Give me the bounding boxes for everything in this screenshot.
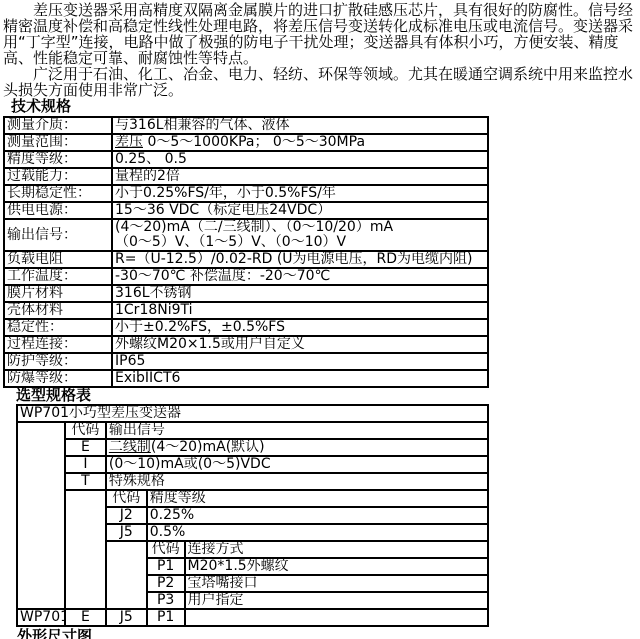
- spec-label-cell: 膜片材料: [4, 285, 112, 302]
- underlined-text: 差压: [115, 134, 143, 150]
- spec-label-cell: 精度等级：: [4, 151, 112, 168]
- spec-label-cell: 防护等级：: [4, 353, 112, 370]
- table-row: 防护等级：IP65: [4, 353, 488, 370]
- spec-value-cell: IP65: [112, 353, 488, 370]
- spec-value-cell: (4～20)mA（二/三线制）、（0～10/20）mA（0～5）V、（1～5）V…: [112, 219, 488, 251]
- spec-label-cell: 测量介质：: [4, 117, 112, 134]
- code-cell: WP701: [17, 609, 65, 626]
- spec-label-cell: 壳体材料: [4, 302, 112, 319]
- table-title-cell: WP701小巧型差压变送器: [17, 405, 488, 422]
- selection-table-body: WP701小巧型差压变送器代码输出信号E二线制(4～20)mA(默认)I(0～1…: [17, 405, 488, 626]
- table-row: 过载能力：量程的2倍: [4, 168, 488, 185]
- spec-label-cell: 供电电源：: [4, 202, 112, 219]
- heading-tech-specs: 技术规格: [11, 99, 640, 114]
- table-row: 防爆等级：ExibIICT6: [4, 370, 488, 387]
- spec-value-cell: 量程的2倍: [112, 168, 488, 185]
- code-cell: 代码: [65, 422, 106, 439]
- table-row: I(0～10)mA或(0～5)VDC: [17, 456, 488, 473]
- empty-cell: [185, 609, 488, 626]
- heading-selection-table: 选型规格表: [16, 388, 640, 403]
- spec-value-cell: -30～70℃ 补偿温度：-20～70℃: [112, 268, 488, 285]
- code-cell: 代码: [147, 541, 185, 558]
- code-cell: E: [65, 439, 106, 456]
- spec-value-cell: R=（U-12.5）/0.02-RD (U为电源电压，RD为电缆内阻): [112, 251, 488, 268]
- spec-label-cell: 过程连接：: [4, 336, 112, 353]
- code-cell: P1: [147, 609, 185, 626]
- table-row: 工作温度：-30～70℃ 补偿温度：-20～70℃: [4, 268, 488, 285]
- spec-value-cell: ExibIICT6: [112, 370, 488, 387]
- table-row: 精度等级：0.25、 0.5: [4, 151, 488, 168]
- table-row: T特殊规格: [17, 473, 488, 490]
- table-row: 测量介质：与316L相兼容的气体、液体: [4, 117, 488, 134]
- code-cell: J2: [106, 507, 147, 524]
- desc-cell: 宝塔嘴接口: [185, 575, 488, 592]
- empty-cell: [106, 541, 147, 609]
- spec-value-cell: 外螺纹M20×1.5或用户自定义: [112, 336, 488, 353]
- code-cell: J5: [106, 524, 147, 541]
- desc-cell: 0.25%: [147, 507, 488, 524]
- spec-label-cell: 测量范围：: [4, 134, 112, 151]
- table-row: 长期稳定性：小于0.25%FS/年，小于0.5%FS/年: [4, 185, 488, 202]
- spec-value-cell: 差压 0～5～1000KPa； 0～5～30MPa: [112, 134, 488, 151]
- spec-table: 测量介质：与316L相兼容的气体、液体测量范围：差压 0～5～1000KPa； …: [3, 116, 489, 388]
- table-row: 输出信号：(4～20)mA（二/三线制）、（0～10/20）mA（0～5）V、（…: [4, 219, 488, 251]
- table-row: 稳定性：小于±0.2%FS，±0.5%FS: [4, 319, 488, 336]
- document-page: 差压变送器采用高精度双隔离金属膜片的进口扩散硅感压芯片，具有很好的防腐性。信号经…: [3, 2, 640, 639]
- table-row: 代码精度等级: [17, 490, 488, 507]
- spec-label-cell: 工作温度：: [4, 268, 112, 285]
- desc-cell: (0～10)mA或(0～5)VDC: [106, 456, 488, 473]
- spec-label-cell: 负载电阻: [4, 251, 112, 268]
- code-cell: P2: [147, 575, 185, 592]
- desc-cell: 特殊规格: [106, 473, 488, 490]
- table-row: 供电电源：15～36 VDC（标定电压24VDC）: [4, 202, 488, 219]
- spec-label-cell: 长期稳定性：: [4, 185, 112, 202]
- desc-cell: 二线制(4～20)mA(默认): [106, 439, 488, 456]
- code-cell: 代码: [106, 490, 147, 507]
- code-cell: J5: [106, 609, 147, 626]
- empty-cell: [17, 422, 65, 609]
- intro-paragraph-2: 广泛用于石油、化工、冶金、电力、轻纺、环保等领域。尤其在暖通空调系统中用来监控水…: [3, 66, 639, 98]
- spec-label-cell: 输出信号：: [4, 219, 112, 251]
- table-row: 过程连接：外螺纹M20×1.5或用户自定义: [4, 336, 488, 353]
- code-cell: E: [65, 609, 106, 626]
- desc-cell: 0.5%: [147, 524, 488, 541]
- spec-label-cell: 稳定性：: [4, 319, 112, 336]
- spec-label-cell: 过载能力：: [4, 168, 112, 185]
- desc-cell: 连接方式: [185, 541, 488, 558]
- spec-value-cell: 1Cr18Ni9Ti: [112, 302, 488, 319]
- table-row: 负载电阻R=（U-12.5）/0.02-RD (U为电源电压，RD为电缆内阻): [4, 251, 488, 268]
- spec-value-cell: 小于±0.2%FS，±0.5%FS: [112, 319, 488, 336]
- table-row: 膜片材料316L不锈钢: [4, 285, 488, 302]
- table-row: WP701EJ5P1: [17, 609, 488, 626]
- table-row: 测量范围：差压 0～5～1000KPa； 0～5～30MPa: [4, 134, 488, 151]
- selection-table: WP701小巧型差压变送器代码输出信号E二线制(4～20)mA(默认)I(0～1…: [16, 404, 489, 627]
- spec-value-cell: 0.25、 0.5: [112, 151, 488, 168]
- spec-value-cell: 小于0.25%FS/年，小于0.5%FS/年: [112, 185, 488, 202]
- table-row: WP701小巧型差压变送器: [17, 405, 488, 422]
- desc-cell: 输出信号: [106, 422, 488, 439]
- code-cell: P3: [147, 592, 185, 609]
- spec-table-body: 测量介质：与316L相兼容的气体、液体测量范围：差压 0～5～1000KPa； …: [4, 117, 488, 387]
- code-cell: T: [65, 473, 106, 490]
- empty-cell: [65, 490, 106, 609]
- table-row: 壳体材料1Cr18Ni9Ti: [4, 302, 488, 319]
- spec-value-cell: 与316L相兼容的气体、液体: [112, 117, 488, 134]
- heading-dimensions: 外形尺寸图: [17, 629, 640, 639]
- table-row: 代码输出信号: [17, 422, 488, 439]
- desc-cell: M20*1.5外螺纹: [185, 558, 488, 575]
- underlined-text: 二线制: [109, 439, 151, 455]
- spec-value-cell: 316L不锈钢: [112, 285, 488, 302]
- table-row: E二线制(4～20)mA(默认): [17, 439, 488, 456]
- spec-value-cell: 15～36 VDC（标定电压24VDC）: [112, 202, 488, 219]
- intro-paragraph-1: 差压变送器采用高精度双隔离金属膜片的进口扩散硅感压芯片，具有很好的防腐性。信号经…: [3, 2, 639, 66]
- desc-cell: 用户指定: [185, 592, 488, 609]
- desc-cell: 精度等级: [147, 490, 488, 507]
- spec-label-cell: 防爆等级：: [4, 370, 112, 387]
- spec-value-line2: （0～5）V、（1～5）V、（0～10）V: [115, 235, 485, 250]
- code-cell: I: [65, 456, 106, 473]
- code-cell: P1: [147, 558, 185, 575]
